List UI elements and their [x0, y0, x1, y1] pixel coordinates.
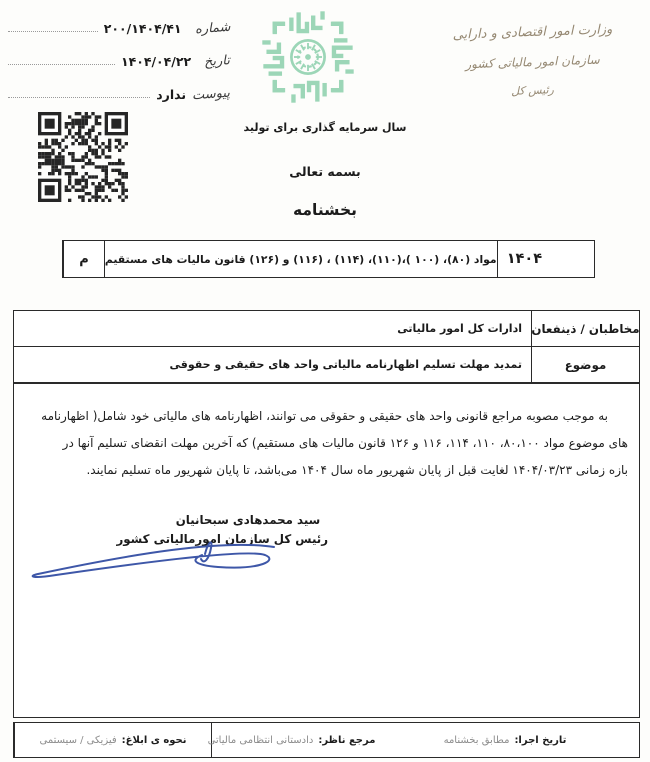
supervisory-authority-cell: مرجع ناظر: دادستانی انتظامی مالیاتی — [211, 723, 371, 757]
supervisory-authority-label: مرجع ناظر: — [318, 735, 375, 746]
execution-date-value: مطابق بخشنامه — [444, 735, 510, 746]
subject-value: تمدید مهلت تسلیم اظهارنامه مالیاتی واحد … — [14, 347, 531, 382]
body-paragraph: به موجب مصوبه مراجع قانونی واحد های حقیق… — [14, 384, 639, 484]
dotted-leader — [8, 97, 150, 98]
handwritten-signature-icon — [22, 534, 280, 586]
letter-meta-block: شماره ۲۰۰/۱۴۰۴/۴۱ تاریخ ۱۴۰۴/۰۴/۲۲ پیوست… — [6, 14, 230, 102]
number-value: ۲۰۰/۱۴۰۴/۴۱ — [104, 21, 182, 36]
audience-label: مخاطبان / ذینفعان — [531, 311, 639, 346]
info-table: مخاطبان / ذینفعان ادارات کل امور مالیاتی… — [13, 310, 640, 383]
notification-method-label: نحوه ی ابلاغ: — [122, 735, 187, 746]
circular-document-page: شماره ۲۰۰/۱۴۰۴/۴۱ تاریخ ۱۴۰۴/۰۴/۲۲ پیوست… — [0, 0, 650, 762]
classification-table: ۱۴۰۴ مواد (۸۰)، (۱۰۰ )،(۱۱۰)، (۱۱۴) ، (۱… — [62, 240, 595, 278]
year-slogan: سال سرمایه گذاری برای تولید — [0, 121, 650, 134]
number-label: شماره — [194, 20, 230, 37]
execution-date-cell: تاریخ اجرا: مطابق بخشنامه — [371, 723, 639, 757]
letter-number-row: شماره ۲۰۰/۱۴۰۴/۴۱ — [6, 14, 230, 36]
letterhead-calligraphy: وزارت امور اقتصادی و دارایی سازمان امور … — [425, 18, 640, 106]
supervisory-authority-value: دادستانی انتظامی مالیاتی — [208, 735, 314, 746]
execution-date-label: تاریخ اجرا: — [514, 735, 566, 746]
letter-date-row: تاریخ ۱۴۰۴/۰۴/۲۲ — [6, 47, 230, 69]
audience-value: ادارات کل امور مالیاتی — [14, 311, 531, 346]
classification-articles: مواد (۸۰)، (۱۰۰ )،(۱۱۰)، (۱۱۴) ، (۱۱۶) و… — [104, 241, 497, 277]
body-line-3: بازه زمانی ۱۴۰۴/۰۳/۲۳ لغایت قبل از پایان… — [25, 457, 628, 484]
classification-category: م — [63, 241, 104, 277]
dotted-leader — [8, 31, 98, 32]
body-line-2: های موضوع مواد ۸۰،۱۰۰، ۱۱۰، ۱۱۴، ۱۱۶ و ۱… — [25, 430, 628, 457]
date-label: تاریخ — [204, 53, 231, 70]
dotted-leader — [8, 64, 115, 65]
letter-attachment-row: پیوست ندارد — [6, 80, 230, 102]
document-type-title: بخشنامه — [0, 201, 650, 219]
notification-method-cell: نحوه ی ابلاغ: فیزیکی / سیستمی — [14, 723, 211, 757]
tax-administration-logo-icon — [254, 8, 362, 106]
audience-row: مخاطبان / ذینفعان ادارات کل امور مالیاتی — [14, 311, 639, 346]
signatory-name: سید محمدهادی سبحانیان — [128, 511, 328, 530]
subject-row: موضوع تمدید مهلت تسلیم اظهارنامه مالیاتی… — [14, 346, 639, 382]
subject-label: موضوع — [531, 347, 639, 382]
notification-method-value: فیزیکی / سیستمی — [40, 735, 117, 746]
footer-table: تاریخ اجرا: مطابق بخشنامه مرجع ناظر: داد… — [13, 722, 640, 758]
office-name: رئیس کل — [425, 72, 641, 109]
attachment-label: پیوست — [192, 86, 231, 104]
bismillah: بسمه تعالی — [0, 164, 650, 179]
classification-year: ۱۴۰۴ — [497, 241, 552, 277]
date-value: ۱۴۰۴/۰۴/۲۲ — [121, 54, 191, 69]
attachment-value: ندارد — [156, 87, 186, 102]
body-line-1: به موجب مصوبه مراجع قانونی واحد های حقیق… — [25, 403, 628, 430]
classification-empty-cell — [551, 241, 594, 277]
